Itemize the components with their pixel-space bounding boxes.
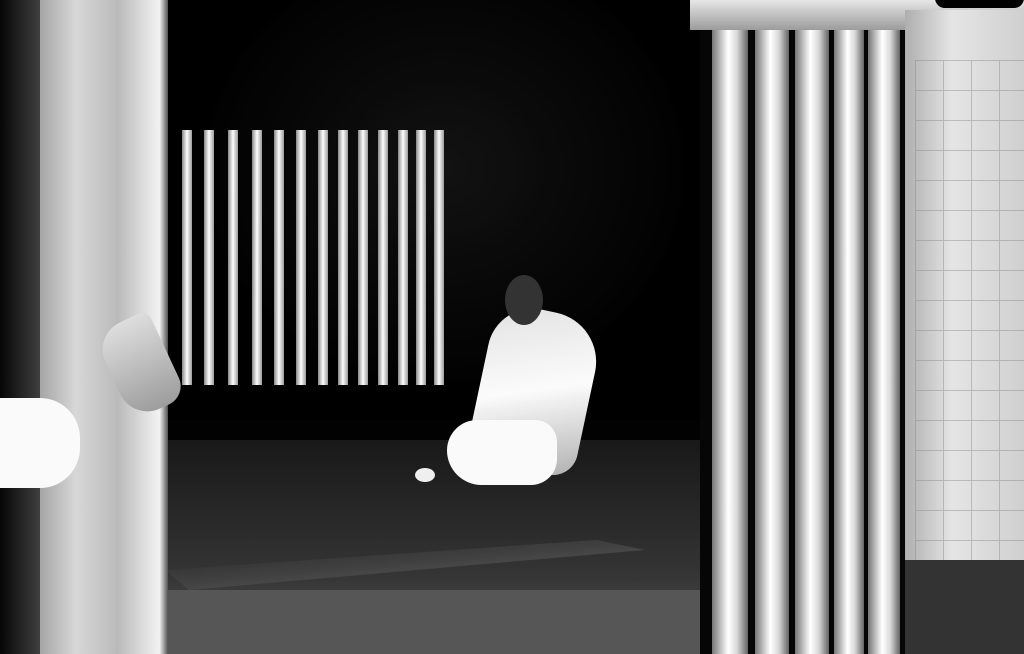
dark-background [165,0,725,420]
gate-bar [795,15,829,654]
person-head [505,275,543,325]
bar [274,130,284,385]
cropped-corner-text [935,0,1024,8]
gate-bar [834,15,864,654]
bar [416,130,426,385]
bar [434,130,444,385]
bar [296,130,306,385]
bar [378,130,388,385]
bar [358,130,368,385]
panel-bottom [905,560,1024,654]
gate-bar [868,15,900,654]
floor-foreground [165,590,725,654]
bar [228,130,238,385]
photograph [0,0,1024,654]
bar [252,130,262,385]
arm [0,398,80,488]
post-shadow [0,0,40,654]
bar [338,130,348,385]
small-object [415,468,435,482]
bar [204,130,214,385]
panel-mesh [915,60,1024,560]
person-legs [447,420,557,485]
gate-bar [712,15,748,654]
bar [182,130,192,385]
bar [398,130,408,385]
bar [318,130,328,385]
gate-bar [755,15,789,654]
